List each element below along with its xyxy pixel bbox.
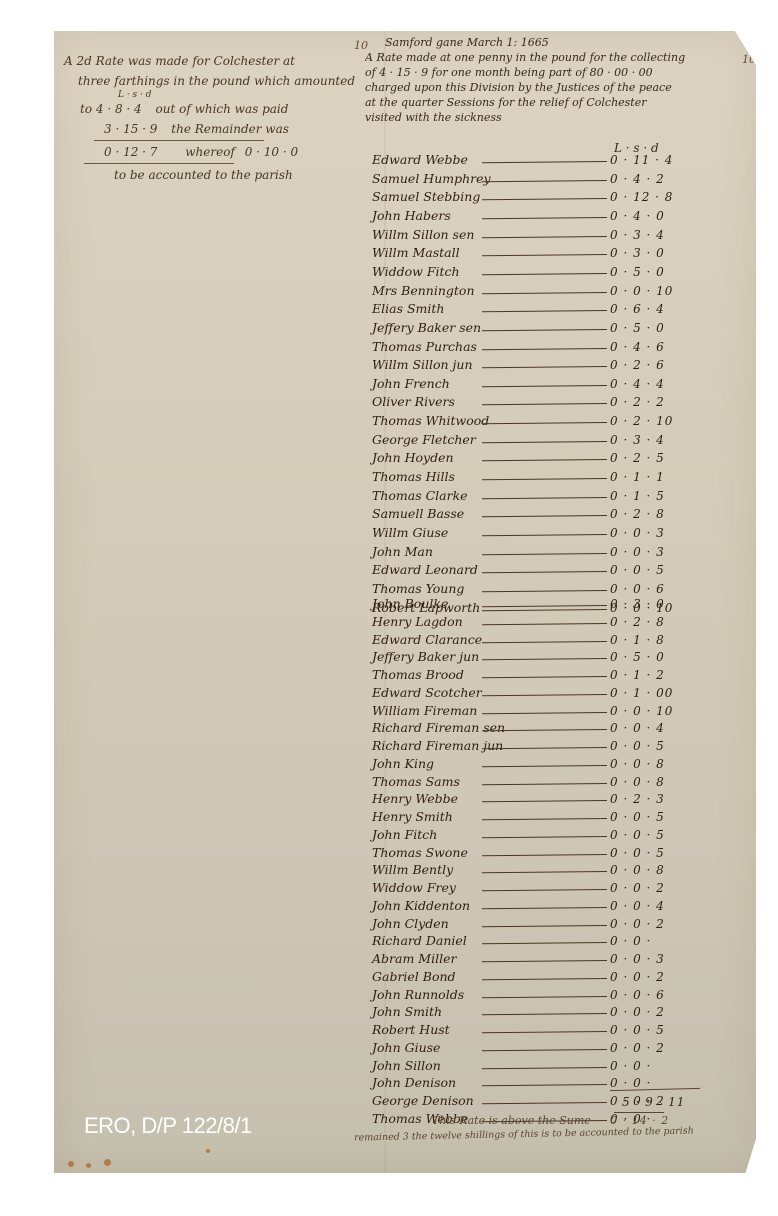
entry-name: John Runnolds [372, 987, 464, 1002]
table-row: Widdow Fitch0 · 5 · 0 [372, 261, 702, 279]
entry-name: Thomas Whitwood [372, 413, 489, 428]
leader-line [482, 818, 607, 820]
header-line-1: A Rate made at one penny in the pound fo… [365, 50, 750, 65]
table-row: Edward Clarance0 · 1 · 8 [372, 629, 702, 647]
leader-line [482, 422, 607, 424]
entry-amount: 0 · 0 · 5 [610, 563, 665, 577]
entry-amount: 0 · 2 · 2 [610, 395, 665, 409]
entry-amount: 0 · 4 · 0 [610, 209, 665, 223]
entry-name: John Boulke [372, 596, 448, 611]
entry-amount: 0 · 2 · 3 [610, 792, 665, 806]
entry-amount: 0 · 1 · 5 [610, 489, 665, 503]
entry-name: Elias Smith [372, 301, 444, 316]
leader-line [482, 329, 607, 331]
leader-line [482, 385, 607, 387]
entry-name: Abram Miller [372, 951, 456, 966]
entry-name: Willm Mastall [372, 245, 460, 260]
leader-line [482, 978, 607, 980]
note-paid-amount: 3 · 15 · 9 [104, 119, 157, 139]
table-row: Thomas Hills0 · 1 · 1 [372, 466, 702, 484]
entry-name: George Fletcher [372, 432, 476, 447]
table-row: Thomas Swone0 · 0 · 5 [372, 842, 702, 860]
entry-name: Thomas Purchas [372, 339, 477, 354]
entry-amount: 0 · 11 · 4 [610, 153, 673, 167]
table-row: John Kiddenton0 · 0 · 4 [372, 895, 702, 913]
entry-amount: 0 · 0 · [610, 1059, 651, 1073]
over-note: This Rate is above the Sume 0 · 14 · 2 [432, 1114, 669, 1127]
entry-name: John Habers [372, 208, 451, 223]
entry-name: Edward Leonard [372, 562, 478, 577]
entry-name: Richard Fireman jun [372, 738, 503, 753]
table-row: Edward Scotcher0 · 1 · 00 [372, 682, 702, 700]
table-row: John Giuse0 · 0 · 2 [372, 1037, 702, 1055]
entry-name: Thomas Brood [372, 667, 464, 682]
header-line-4: at the quarter Sessions for the relief o… [365, 95, 750, 110]
leader-line [482, 641, 607, 643]
entry-name: John Fitch [372, 827, 437, 842]
entry-amount: 0 · 0 · 3 [610, 545, 665, 559]
entry-name: Mrs Bennington [372, 283, 475, 298]
entry-name: Samuell Basse [372, 506, 464, 521]
entry-name: Widdow Fitch [372, 264, 460, 279]
leader-line [482, 1031, 607, 1033]
note-total-amount: 4 · 8 · 4 [96, 99, 142, 119]
table-row: Willm Sillon jun0 · 2 · 6 [372, 354, 702, 372]
entry-name: Henry Webbe [372, 791, 458, 806]
table-row: Thomas Brood0 · 1 · 2 [372, 664, 702, 682]
entry-name: John Kiddenton [372, 898, 470, 913]
entry-amount: 0 · 0 · 4 [610, 899, 665, 913]
entry-amount: 0 · 0 · 6 [610, 988, 665, 1002]
table-row: Abram Miller0 · 0 · 3 [372, 948, 702, 966]
entry-amount: 0 · 0 · 8 [610, 863, 665, 877]
note-line-6: to be accounted to the parish [64, 165, 364, 185]
stain-mark [86, 1163, 91, 1168]
leader-line [482, 854, 607, 856]
note-to-label: to [80, 102, 92, 116]
total-amount: 5 · 9 · 11 [622, 1095, 685, 1109]
leader-line [482, 273, 607, 275]
entry-amount: 0 · 4 · 4 [610, 377, 665, 391]
leader-line [482, 217, 607, 219]
manuscript-page: 10 10 A 2d Rate was made for Colchester … [54, 31, 756, 1173]
over-label: This Rate is above the Sume [432, 1114, 591, 1127]
entry-amount: 0 · 0 · 5 [610, 1023, 665, 1037]
entry-amount: 0 · 0 · 2 [610, 917, 665, 931]
entry-amount: 0 · 1 · 2 [610, 668, 665, 682]
table-row: John French0 · 4 · 4 [372, 373, 702, 391]
table-row: John Sillon0 · 0 · [372, 1055, 702, 1073]
table-row: John Runnolds0 · 0 · 6 [372, 984, 702, 1002]
leader-line [482, 925, 607, 927]
leader-line [482, 907, 607, 909]
table-row: Mrs Bennington0 · 0 · 10 [372, 280, 702, 298]
table-row: Richard Daniel0 · 0 · [372, 930, 702, 948]
leader-line [482, 623, 607, 625]
note-line-3: out of which was paid [156, 102, 289, 116]
table-row: John Boulke0 · 3 · 0 [372, 593, 702, 611]
table-row: John Fitch0 · 0 · 5 [372, 824, 702, 842]
table-row: John Smith0 · 0 · 2 [372, 1001, 702, 1019]
stain-mark [104, 1159, 111, 1166]
leader-line [482, 747, 607, 749]
table-row: Willm Giuse0 · 0 · 3 [372, 522, 702, 540]
table-row: William Fireman0 · 0 · 10 [372, 700, 702, 718]
entry-name: Willm Bently [372, 862, 453, 877]
table-row: Elias Smith0 · 6 · 4 [372, 298, 702, 316]
entry-amount: 0 · 0 · 5 [610, 810, 665, 824]
entry-amount: 0 · 2 · 10 [610, 414, 673, 428]
entry-name: John Giuse [372, 1040, 440, 1055]
table-row: Henry Lagdon0 · 2 · 8 [372, 611, 702, 629]
entry-amount: 0 · 1 · 1 [610, 470, 665, 484]
leader-line [482, 310, 607, 312]
table-row: Gabriel Bond0 · 0 · 2 [372, 966, 702, 984]
header-line-5: visited with the sickness [365, 110, 750, 125]
leader-line [482, 161, 607, 163]
table-row: Willm Mastall0 · 3 · 0 [372, 242, 702, 260]
table-row: John Habers0 · 4 · 0 [372, 205, 702, 223]
table-row: Thomas Sams0 · 0 · 8 [372, 771, 702, 789]
entry-name: Thomas Hills [372, 469, 455, 484]
entry-name: Thomas Clarke [372, 488, 468, 503]
stain-mark [206, 1149, 210, 1153]
entry-name: Robert Hust [372, 1022, 450, 1037]
leader-line [482, 534, 607, 536]
entry-name: John Smith [372, 1004, 442, 1019]
entry-amount: 0 · 3 · 0 [610, 246, 665, 260]
note-line-5: whereof [185, 145, 235, 159]
entry-amount: 0 · 12 · 8 [610, 190, 673, 204]
leader-line [482, 292, 607, 294]
note-rule-2 [84, 163, 234, 164]
archive-reference-label: ERO, D/P 122/8/1 [84, 1113, 252, 1139]
table-row: Willm Sillon sen0 · 3 · 4 [372, 224, 702, 242]
entry-amount: 0 · 0 · 3 [610, 952, 665, 966]
entry-amount: 0 · 4 · 6 [610, 340, 665, 354]
entry-name: John Hoyden [372, 450, 454, 465]
note-rule [94, 140, 264, 141]
table-row: Samuel Humphrey0 · 4 · 2 [372, 168, 702, 186]
header-line-2: of 4 · 15 · 9 for one month being part o… [365, 65, 750, 80]
entry-name: Edward Webbe [372, 152, 468, 167]
entry-name: Widdow Frey [372, 880, 456, 895]
leader-line [482, 783, 607, 785]
table-row: Willm Bently0 · 0 · 8 [372, 859, 702, 877]
note-remainder-amount: 0 · 12 · 7 [104, 142, 157, 162]
entry-name: Oliver Rivers [372, 394, 455, 409]
note-lsd-heading: L · s · d [64, 91, 364, 99]
entry-amount: 0 · 0 · 10 [610, 284, 673, 298]
leader-line [482, 694, 607, 696]
entry-amount: 0 · 2 · 5 [610, 451, 665, 465]
leader-line [482, 1102, 607, 1104]
leader-line [482, 478, 607, 480]
leader-line [482, 676, 607, 678]
table-row: Robert Hust0 · 0 · 5 [372, 1019, 702, 1037]
leader-line [482, 1067, 607, 1069]
note-line-1: A 2d Rate was made for Colchester at [64, 51, 364, 71]
header-line-3: charged upon this Division by the Justic… [365, 80, 750, 95]
leader-line [482, 960, 607, 962]
entry-amount: 0 · 0 · 2 [610, 1041, 665, 1055]
entry-amount: 0 · 3 · 0 [610, 597, 665, 611]
entry-name: Thomas Swone [372, 845, 468, 860]
entry-name: Richard Daniel [372, 933, 467, 948]
table-row: Richard Fireman jun0 · 0 · 5 [372, 735, 702, 753]
entry-amount: 0 · 0 · 2 [610, 970, 665, 984]
table-row: Samuel Stebbing0 · 12 · 8 [372, 186, 702, 204]
leader-line [482, 366, 607, 368]
leader-line [482, 765, 607, 767]
entry-amount: 0 · 0 · 4 [610, 721, 665, 735]
entry-amount: 0 · 0 · 5 [610, 739, 665, 753]
leader-line [482, 1013, 607, 1015]
entry-name: Samuel Stebbing [372, 189, 480, 204]
entry-amount: 0 · 5 · 0 [610, 321, 665, 335]
entry-amount: 0 · 5 · 0 [610, 650, 665, 664]
table-row: Samuell Basse0 · 2 · 8 [372, 503, 702, 521]
entry-amount: 0 · 1 · 8 [610, 633, 665, 647]
entry-amount: 0 · 6 · 4 [610, 302, 665, 316]
leader-line [482, 459, 607, 461]
entry-name: John Man [372, 544, 433, 559]
entry-name: Edward Clarance [372, 632, 482, 647]
entry-name: William Fireman [372, 703, 477, 718]
entry-name: John French [372, 376, 450, 391]
leader-line [482, 889, 607, 891]
entry-name: Jeffery Baker jun [372, 649, 479, 664]
leader-line [482, 942, 607, 944]
table-row: Thomas Whitwood0 · 2 · 10 [372, 410, 702, 428]
table-row: Oliver Rivers0 · 2 · 2 [372, 391, 702, 409]
leader-line [482, 441, 607, 443]
entry-amount: 0 · 1 · 00 [610, 686, 673, 700]
leader-line [482, 180, 607, 182]
entry-name: Gabriel Bond [372, 969, 456, 984]
entry-amount: 0 · 3 · 4 [610, 228, 665, 242]
leader-line [482, 571, 607, 573]
leader-line [482, 348, 607, 350]
leader-line [482, 800, 607, 802]
leader-line [482, 836, 607, 838]
leader-line [482, 236, 607, 238]
table-row: Jeffery Baker jun0 · 5 · 0 [372, 646, 702, 664]
rate-header: Samford gane March 1: 1665 A Rate made a… [365, 35, 750, 125]
entry-name: Richard Fireman sen [372, 720, 505, 735]
note-line-2: three farthings in the pound which amoun… [64, 71, 364, 91]
entry-amount: 0 · 0 · 3 [610, 526, 665, 540]
stain-mark [68, 1161, 74, 1167]
table-row: Jeffery Baker sen0 · 5 · 0 [372, 317, 702, 335]
table-row: John King0 · 0 · 8 [372, 753, 702, 771]
entry-amount: 0 · 0 · [610, 1076, 651, 1090]
entry-amount: 0 · 0 · 5 [610, 828, 665, 842]
entry-name: Henry Lagdon [372, 614, 463, 629]
entry-name: John Clyden [372, 916, 449, 931]
entry-amount: 0 · 0 · 8 [610, 775, 665, 789]
table-row: Edward Webbe0 · 11 · 4 [372, 149, 702, 167]
table-row: Thomas Purchas0 · 4 · 6 [372, 336, 702, 354]
leader-line [482, 871, 607, 873]
table-row: John Clyden0 · 0 · 2 [372, 913, 702, 931]
left-margin-note: A 2d Rate was made for Colchester at thr… [64, 51, 364, 185]
entry-name: George Denison [372, 1093, 474, 1108]
entry-amount: 0 · 0 · 8 [610, 757, 665, 771]
over-amount: 0 · 14 · 2 [610, 1114, 669, 1127]
leader-line [482, 605, 607, 607]
table-row: Henry Smith0 · 0 · 5 [372, 806, 702, 824]
footnote: remained 3 the twelve shillings of this … [354, 1125, 694, 1143]
table-row: Richard Fireman sen0 · 0 · 4 [372, 717, 702, 735]
leader-line [482, 403, 607, 405]
header-dateline: Samford gane March 1: 1665 [365, 35, 750, 50]
leader-line [482, 497, 607, 499]
entry-name: Willm Sillon sen [372, 227, 474, 242]
leader-line [482, 198, 607, 200]
entry-name: Edward Scotcher [372, 685, 482, 700]
table-row: John Man0 · 0 · 3 [372, 541, 702, 559]
entry-amount: 0 · 0 · 2 [610, 1005, 665, 1019]
entry-amount: 0 · 0 · 2 [610, 881, 665, 895]
entry-amount: 0 · 2 · 8 [610, 615, 665, 629]
note-whereof-amount: 0 · 10 · 0 [245, 145, 298, 159]
entry-amount: 0 · 2 · 8 [610, 507, 665, 521]
leader-line [482, 712, 607, 714]
leader-line [482, 553, 607, 555]
note-line-4: the Remainder was [171, 122, 289, 136]
entry-name: John Sillon [372, 1058, 441, 1073]
table-row: John Hoyden0 · 2 · 5 [372, 447, 702, 465]
table-row: Edward Leonard0 · 0 · 5 [372, 559, 702, 577]
leader-line [482, 515, 607, 517]
entry-name: John King [372, 756, 434, 771]
entry-name: Willm Sillon jun [372, 357, 473, 372]
entry-name: John Denison [372, 1075, 456, 1090]
table-row: John Denison0 · 0 · [372, 1072, 702, 1090]
entry-name: Jeffery Baker sen [372, 320, 481, 335]
entry-amount: 0 · 0 · 5 [610, 846, 665, 860]
leader-line [482, 996, 607, 998]
entry-amount: 0 · 4 · 2 [610, 172, 665, 186]
table-row: George Fletcher0 · 3 · 4 [372, 429, 702, 447]
leader-line [482, 658, 607, 660]
leader-line [482, 1084, 607, 1086]
entry-name: Willm Giuse [372, 525, 448, 540]
entry-amount: 0 · 0 · 10 [610, 704, 673, 718]
entry-amount: 0 · 3 · 4 [610, 433, 665, 447]
entry-name: Henry Smith [372, 809, 453, 824]
entry-name: Samuel Humphrey [372, 171, 491, 186]
entry-amount: 0 · 5 · 0 [610, 265, 665, 279]
table-row: Henry Webbe0 · 2 · 3 [372, 788, 702, 806]
entry-amount: 0 · 0 · [610, 934, 651, 948]
leader-line [482, 590, 607, 592]
total-rule-2 [614, 1112, 664, 1113]
entry-amount: 0 · 2 · 6 [610, 358, 665, 372]
leader-line [482, 254, 607, 256]
entry-name: Thomas Sams [372, 774, 460, 789]
table-row: Widdow Frey0 · 0 · 2 [372, 877, 702, 895]
leader-line [482, 1049, 607, 1051]
table-row: Thomas Clarke0 · 1 · 5 [372, 485, 702, 503]
